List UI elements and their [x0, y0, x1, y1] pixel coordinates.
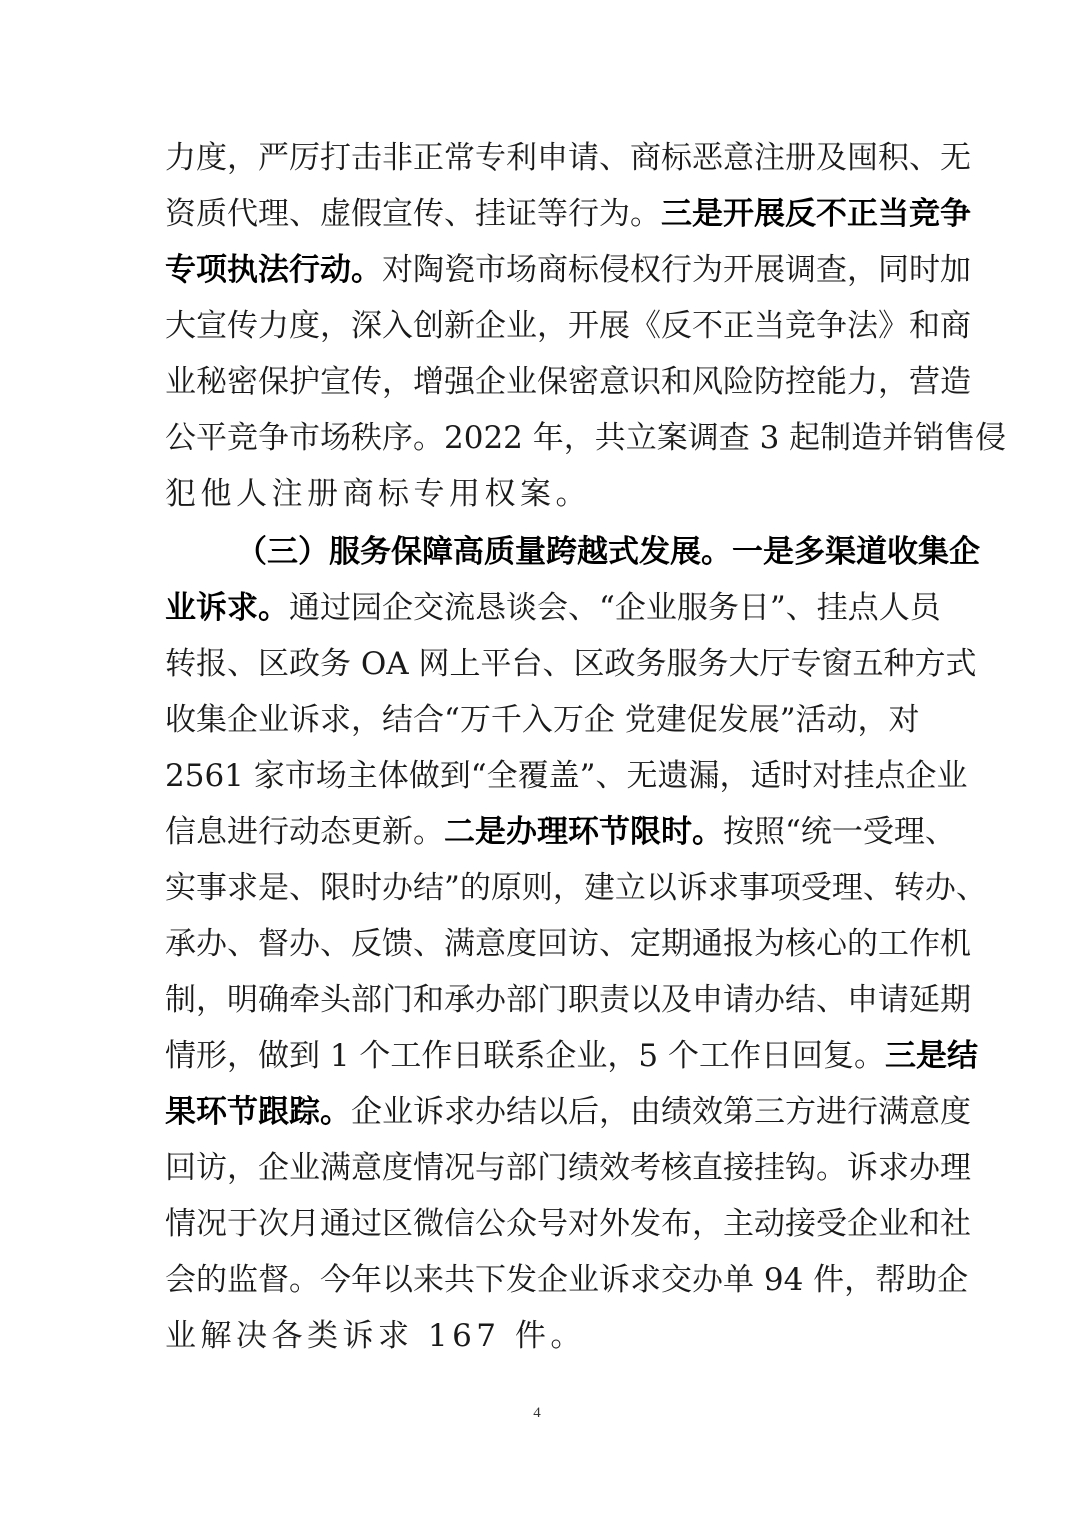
text-line: 情形，做到 1 个工作日联系企业，5 个工作日回复。三是结 — [165, 1036, 911, 1076]
text-segment: 犯他人注册商标专用权案。 — [165, 476, 591, 512]
text-line: 业秘密保护宣传，增强企业保密意识和风险防控能力，营造 — [165, 362, 911, 402]
text-segment: 业秘密保护宣传，增强企业保密意识和风险防控能力，营造 — [165, 364, 971, 400]
text-segment: 2561 家市场主体做到“全覆盖”、无遗漏，适时对挂点企业 — [165, 758, 967, 794]
text-line: 收集企业诉求，结合“万千入万企 党建促发展”活动，对 — [165, 700, 911, 740]
text-segment: 业解决各类诉求 167 件。 — [165, 1318, 586, 1354]
text-line: 业诉求。通过园企交流恳谈会、“企业服务日”、挂点人员 — [165, 588, 911, 628]
text-segment: 大宣传力度，深入创新企业，开展《反不正当竞争法》和商 — [165, 308, 971, 344]
text-line: 公平竞争市场秩序。2022 年，共立案调查 3 起制造并销售侵 — [165, 418, 911, 458]
text-line: 回访，企业满意度情况与部门绩效考核直接挂钩。诉求办理 — [165, 1148, 911, 1188]
text-line: 制，明确牵头部门和承办部门职责以及申请办结、申请延期 — [165, 980, 911, 1020]
text-line: 专项执法行动。对陶瓷市场商标侵权行为开展调查，同时加 — [165, 250, 911, 290]
text-line: 资质代理、虚假宣传、挂证等行为。三是开展反不正当竞争 — [165, 194, 911, 234]
text-line: 2561 家市场主体做到“全覆盖”、无遗漏，适时对挂点企业 — [165, 756, 911, 796]
bold-text-segment: 专项执法行动。 — [165, 252, 382, 288]
text-line: 信息进行动态更新。二是办理环节限时。按照“统一受理、 — [165, 812, 911, 852]
text-segment: 收集企业诉求，结合“万千入万企 党建促发展”活动，对 — [165, 702, 920, 738]
text-line: 力度，严厉打击非正常专利申请、商标恶意注册及囤积、无 — [165, 138, 911, 178]
bold-text-segment: 业诉求。 — [165, 590, 289, 626]
text-segment: 制，明确牵头部门和承办部门职责以及申请办结、申请延期 — [165, 982, 971, 1018]
text-line: 犯他人注册商标专用权案。 — [165, 474, 911, 514]
text-segment: 企业诉求办结以后，由绩效第三方进行满意度 — [351, 1094, 971, 1130]
text-line: 果环节跟踪。企业诉求办结以后，由绩效第三方进行满意度 — [165, 1092, 911, 1132]
page-number: 4 — [527, 1405, 547, 1422]
text-line: 业解决各类诉求 167 件。 — [165, 1316, 911, 1356]
text-segment: 信息进行动态更新。 — [165, 814, 444, 850]
text-segment: 资质代理、虚假宣传、挂证等行为。 — [165, 196, 661, 232]
bold-text-segment: 果环节跟踪。 — [165, 1094, 351, 1130]
bold-text-segment: 二是办理环节限时。 — [444, 814, 723, 850]
text-segment: 通过园企交流恳谈会、“企业服务日”、挂点人员 — [289, 590, 941, 626]
bold-text-segment: （三）服务保障高质量跨越式发展。一是多渠道收集企 — [236, 534, 980, 570]
text-segment: 回访，企业满意度情况与部门绩效考核直接挂钩。诉求办理 — [165, 1150, 971, 1186]
text-segment: 情况于次月通过区微信公众号对外发布，主动接受企业和社 — [165, 1206, 971, 1242]
bold-text-segment: 三是开展反不正当竞争 — [661, 196, 971, 232]
text-line: 承办、督办、反馈、满意度回访、定期通报为核心的工作机 — [165, 924, 911, 964]
text-segment: 情形，做到 1 个工作日联系企业，5 个工作日回复。 — [165, 1038, 885, 1074]
text-segment: 会的监督。今年以来共下发企业诉求交办单 94 件，帮助企 — [165, 1262, 968, 1298]
text-line: 实事求是、限时办结”的原则，建立以诉求事项受理、转办、 — [165, 868, 911, 908]
text-segment: 实事求是、限时办结”的原则，建立以诉求事项受理、转办、 — [165, 870, 987, 906]
text-line: 会的监督。今年以来共下发企业诉求交办单 94 件，帮助企 — [165, 1260, 911, 1300]
document-page: 力度，严厉打击非正常专利申请、商标恶意注册及囤积、无资质代理、虚假宣传、挂证等行… — [0, 0, 1074, 1520]
text-segment: 承办、督办、反馈、满意度回访、定期通报为核心的工作机 — [165, 926, 971, 962]
bold-text-segment: 三是结 — [885, 1038, 978, 1074]
text-segment: 对陶瓷市场商标侵权行为开展调查，同时加 — [382, 252, 971, 288]
text-line: 大宣传力度，深入创新企业，开展《反不正当竞争法》和商 — [165, 306, 911, 346]
text-segment: 按照“统一受理、 — [723, 814, 956, 850]
paragraph-heading-line: （三）服务保障高质量跨越式发展。一是多渠道收集企 — [236, 532, 911, 572]
text-line: 情况于次月通过区微信公众号对外发布，主动接受企业和社 — [165, 1204, 911, 1244]
text-line: 转报、区政务 OA 网上平台、区政务服务大厅专窗五种方式 — [165, 644, 911, 684]
text-segment: 力度，严厉打击非正常专利申请、商标恶意注册及囤积、无 — [165, 140, 971, 176]
text-segment: 公平竞争市场秩序。2022 年，共立案调查 3 起制造并销售侵 — [165, 420, 1006, 456]
text-segment: 转报、区政务 OA 网上平台、区政务服务大厅专窗五种方式 — [165, 646, 977, 682]
